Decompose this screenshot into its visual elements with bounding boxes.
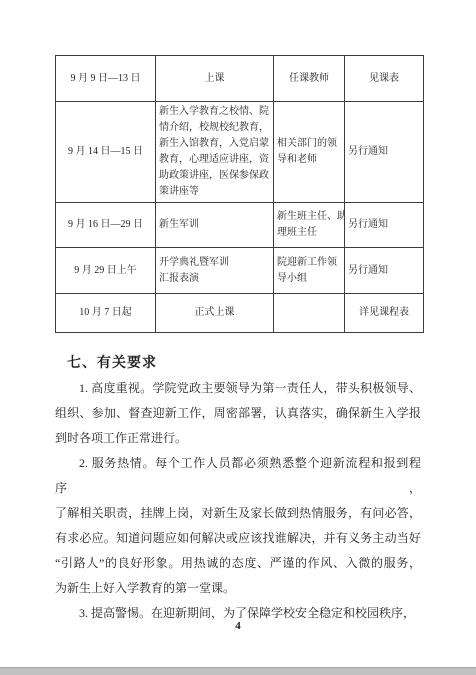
date-cell: 9 月 9 日—13 日 bbox=[56, 56, 156, 102]
note-cell: 详见课程表 bbox=[345, 294, 424, 333]
paragraph-line: 组织、参加、督查迎新工作，周密部署，认真落实，确保新生入学报 bbox=[55, 401, 421, 426]
date-cell: 9 月 16 日—29 日 bbox=[56, 203, 156, 248]
note-cell: 另行通知 bbox=[345, 203, 424, 248]
paragraph: 1. 高度重视。学院党政主要领导为第一责任人，带头积极领导、 组织、参加、督查迎… bbox=[55, 376, 421, 451]
note-cell: 另行通知 bbox=[345, 248, 424, 294]
table-row: 9 月 16 日—29 日 新生军训 新生班主任、助 理班主任 另行通知 bbox=[56, 203, 424, 248]
date-cell: 10 月 7 日起 bbox=[56, 294, 156, 333]
staff-cell: 新生班主任、助 理班主任 bbox=[274, 203, 345, 248]
note-cell: 另行通知 bbox=[345, 102, 424, 203]
activity-cell: 正式上课 bbox=[156, 294, 274, 333]
activity-cell: 开学典礼暨军训 汇报表演 bbox=[156, 248, 274, 294]
page-number: 4 bbox=[0, 620, 476, 632]
activity-cell: 上课 bbox=[156, 56, 274, 102]
paragraph: 2. 服务热情。每个工作人员都必须熟悉整个迎新流程和报到程序， 了解相关职责，挂… bbox=[55, 451, 421, 601]
paragraph-line: 2. 服务热情。每个工作人员都必须熟悉整个迎新流程和报到程序， bbox=[55, 451, 421, 501]
schedule-table: 9 月 9 日—13 日 上课 任课教师 见课表 9 月 14 日—15 日 新… bbox=[55, 55, 424, 333]
paragraph-line: 为新生上好入学教育的第一堂课。 bbox=[55, 576, 421, 601]
paragraph-line: 有求必应。知道问题应如何解决或应该找谁解决，并有义务主动当好 bbox=[55, 526, 421, 551]
paragraph-line: 到时各项工作正常进行。 bbox=[55, 426, 421, 451]
activity-cell: 新生军训 bbox=[156, 203, 274, 248]
section-heading: 七、有关要求 bbox=[67, 351, 421, 376]
staff-cell: 院迎新工作领 导小组 bbox=[274, 248, 345, 294]
date-cell: 9 月 14 日—15 日 bbox=[56, 102, 156, 203]
document-page: 9 月 9 日—13 日 上课 任课教师 见课表 9 月 14 日—15 日 新… bbox=[0, 0, 476, 675]
table-row: 9 月 14 日—15 日 新生入学教育之校情、院 情介绍，校规校纪教育， 新生… bbox=[56, 102, 424, 203]
staff-cell: 任课教师 bbox=[274, 56, 345, 102]
paragraph-line: “引路人”的良好形象。用热诚的态度、严谨的作风、入微的服务， bbox=[55, 551, 421, 576]
date-cell: 9 月 29 日上午 bbox=[56, 248, 156, 294]
table-row: 9 月 29 日上午 开学典礼暨军训 汇报表演 院迎新工作领 导小组 另行通知 bbox=[56, 248, 424, 294]
requirements-section: 七、有关要求 1. 高度重视。学院党政主要领导为第一责任人，带头积极领导、 组织… bbox=[55, 351, 421, 626]
table-row: 9 月 9 日—13 日 上课 任课教师 见课表 bbox=[56, 56, 424, 102]
staff-cell: 相关部门的领 导和老师 bbox=[274, 102, 345, 203]
paragraph-line: 1. 高度重视。学院党政主要领导为第一责任人，带头积极领导、 bbox=[55, 376, 421, 401]
paragraph-line: 了解相关职责，挂牌上岗，对新生及家长做到热情服务，有问必答， bbox=[55, 501, 421, 526]
table-row: 10 月 7 日起 正式上课 详见课程表 bbox=[56, 294, 424, 333]
activity-cell: 新生入学教育之校情、院 情介绍，校规校纪教育， 新生入馆教育，入党启蒙 教育，心… bbox=[156, 102, 274, 203]
note-cell: 见课表 bbox=[345, 56, 424, 102]
page-bottom-edge bbox=[0, 667, 476, 675]
staff-cell bbox=[274, 294, 345, 333]
